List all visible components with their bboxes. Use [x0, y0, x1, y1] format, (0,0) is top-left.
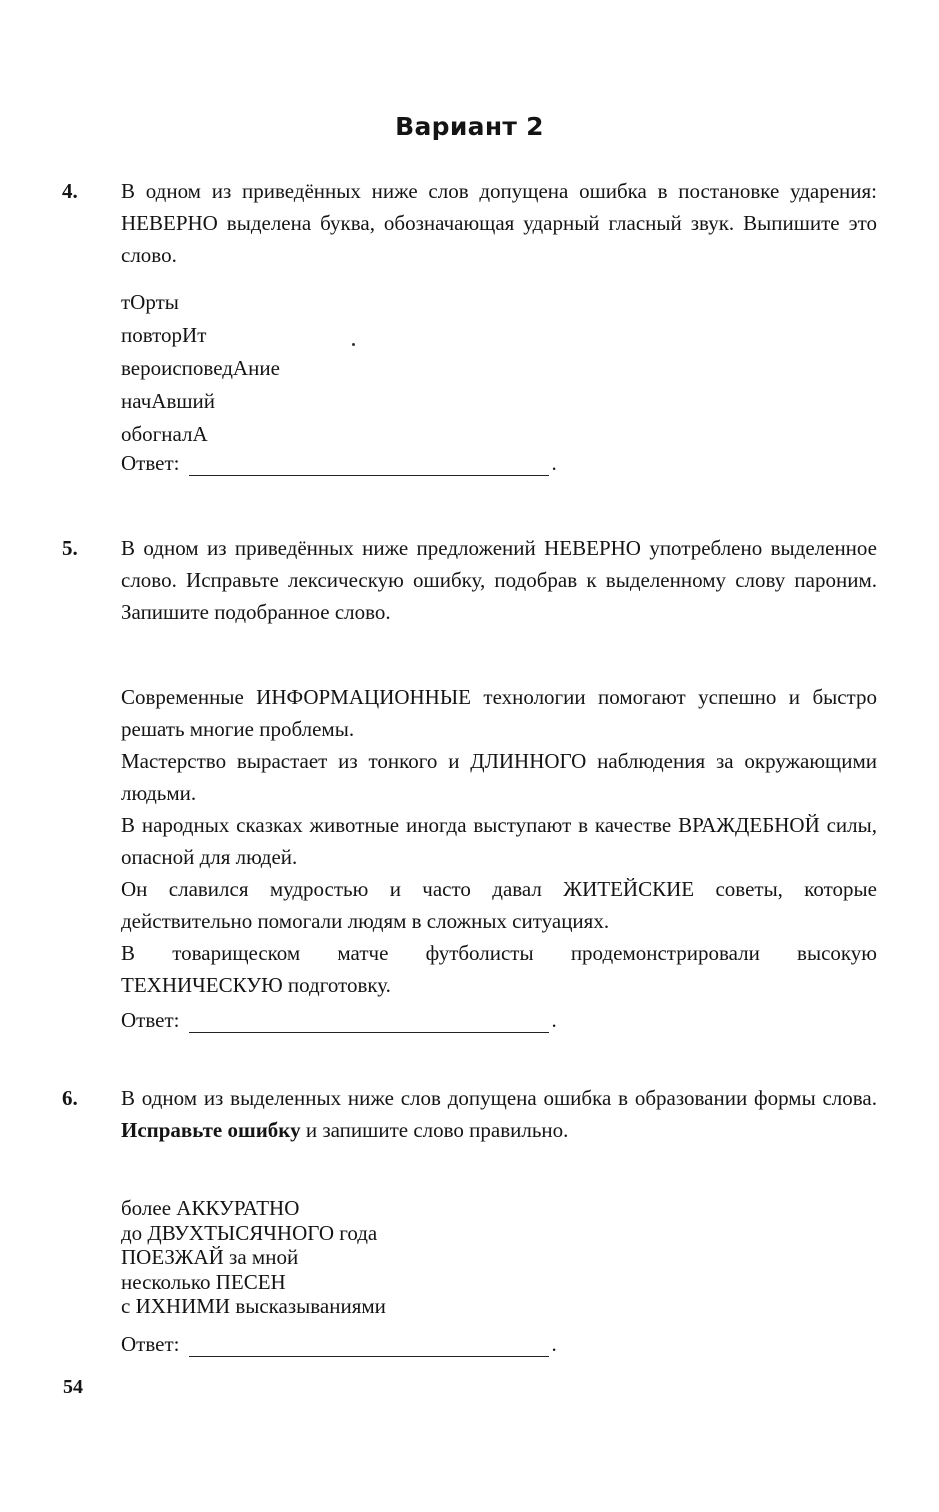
answer-label: Ответ: — [121, 1008, 179, 1033]
answer-field[interactable] — [189, 1012, 549, 1033]
option-item: с ИХНИМИ высказываниями — [121, 1294, 877, 1319]
task-instruction: В одном из приведённых ниже слов допущен… — [121, 175, 877, 271]
task-5-answer: Ответ: . — [121, 1008, 557, 1033]
instruction-emphasis: Исправьте ошибку — [121, 1118, 301, 1142]
sentence-item: Мастерство вырастает из тонкого и ДЛИННО… — [121, 745, 877, 809]
task-4-options: тОрты повторИт вероисповедАние начАвший … — [121, 286, 877, 451]
page-number: 54 — [63, 1376, 83, 1399]
task-number: 6. — [62, 1082, 78, 1114]
task-4-answer: Ответ: . — [121, 451, 557, 476]
option-item: повторИт — [121, 319, 877, 352]
answer-field[interactable] — [189, 1336, 549, 1357]
task-instruction: В одном из выделенных ниже слов допущена… — [121, 1082, 877, 1146]
answer-period: . — [551, 1332, 556, 1357]
task-number: 5. — [62, 532, 78, 564]
task-number: 4. — [62, 175, 78, 207]
answer-label: Ответ: — [121, 1332, 179, 1357]
instruction-text: и запишите слово правильно. — [301, 1118, 569, 1142]
answer-period: . — [551, 451, 556, 476]
answer-label: Ответ: — [121, 451, 179, 476]
option-item: начАвший — [121, 385, 877, 418]
instruction-text: В одном из выделенных ниже слов допущена… — [121, 1086, 877, 1110]
option-item: более АККУРАТНО — [121, 1196, 877, 1221]
option-item: ПОЕЗЖАЙ за мной — [121, 1245, 877, 1270]
task-instruction: В одном из приведённых ниже предложений … — [121, 532, 877, 628]
sentence-item: В народных сказках животные иногда высту… — [121, 809, 877, 873]
sentence-item: В товарищеском матче футболисты продемон… — [121, 937, 877, 1001]
page-title: Вариант 2 — [0, 112, 939, 141]
option-item: несколько ПЕСЕН — [121, 1270, 877, 1295]
option-item: до ДВУХТЫСЯЧНОГО года — [121, 1221, 877, 1246]
option-item: тОрты — [121, 286, 877, 319]
sentence-item: Современные ИНФОРМАЦИОННЫЕ технологии по… — [121, 681, 877, 745]
task-6-options: более АККУРАТНО до ДВУХТЫСЯЧНОГО года ПО… — [121, 1196, 877, 1319]
sentence-item: Он славился мудростью и часто давал ЖИТЕ… — [121, 873, 877, 937]
answer-period: . — [551, 1008, 556, 1033]
answer-field[interactable] — [189, 455, 549, 476]
scan-speck — [352, 343, 355, 346]
option-item: вероисповедАние — [121, 352, 877, 385]
task-5-sentences: Современные ИНФОРМАЦИОННЫЕ технологии по… — [121, 681, 877, 1001]
task-6-answer: Ответ: . — [121, 1332, 557, 1357]
option-item: обогналА — [121, 418, 877, 451]
